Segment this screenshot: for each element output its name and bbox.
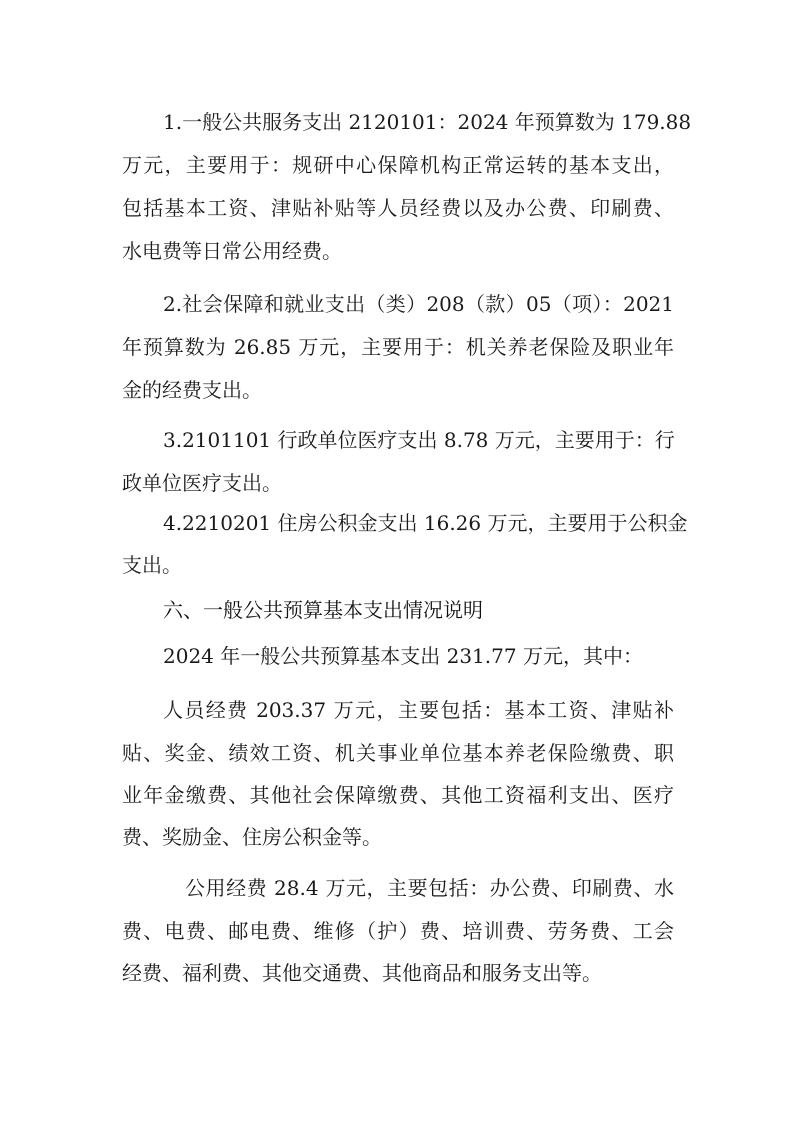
summary-line: 2024 年一般公共预算基本支出 231.77 万元，其中： bbox=[163, 644, 674, 668]
text-line: 费、奖励金、住房公积金等。 bbox=[122, 825, 674, 849]
text-line: 3.2101101 行政单位医疗支出 8.78 万元，主要用于：行 bbox=[163, 428, 674, 452]
text-line: 万元，主要用于：规研中心保障机构正常运转的基本支出， bbox=[122, 153, 674, 177]
text-line: 公用经费 28.4 万元，主要包括：办公费、印刷费、水 bbox=[185, 876, 674, 900]
text-line: 1.一般公共服务支出 2120101：2024 年预算数为 179.88 bbox=[163, 110, 674, 134]
text-line: 业年金缴费、其他社会保障缴费、其他工资福利支出、医疗 bbox=[122, 783, 674, 807]
text-line: 4.2210201 住房公积金支出 16.26 万元，主要用于公积金 bbox=[163, 511, 674, 535]
text-line: 年预算数为 26.85 万元，主要用于：机关养老保险及职业年 bbox=[122, 335, 674, 359]
text-line: 2.社会保障和就业支出（类）208（款）05（项）：2021 bbox=[163, 292, 674, 316]
document-page: 1.一般公共服务支出 2120101：2024 年预算数为 179.88 万元，… bbox=[0, 0, 793, 1122]
section-heading: 六、一般公共预算基本支出情况说明 bbox=[163, 598, 483, 622]
text-line: 费、电费、邮电费、维修（护）费、培训费、劳务费、工会 bbox=[122, 919, 674, 943]
text-line: 金的经费支出。 bbox=[122, 378, 674, 402]
text-line: 经费、福利费、其他交通费、其他商品和服务支出等。 bbox=[122, 961, 674, 985]
text-line: 支出。 bbox=[122, 553, 674, 577]
text-line: 人员经费 203.37 万元，主要包括：基本工资、津贴补 bbox=[163, 698, 674, 722]
text-line: 贴、奖金、绩效工资、机关事业单位基本养老保险缴费、职 bbox=[122, 741, 674, 765]
text-line: 水电费等日常公用经费。 bbox=[122, 239, 674, 263]
text-line: 包括基本工资、津贴补贴等人员经费以及办公费、印刷费、 bbox=[122, 196, 674, 220]
text-line: 政单位医疗支出。 bbox=[122, 471, 674, 495]
